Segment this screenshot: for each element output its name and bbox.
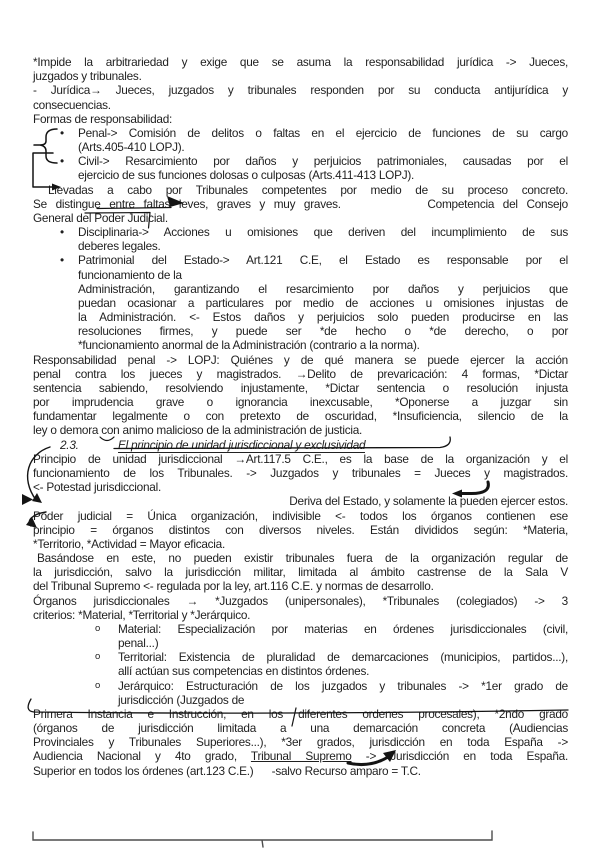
text-line: Órganos jurisdiccionales → *Juzgados (un…	[33, 594, 568, 608]
line-text: penal...)	[33, 636, 568, 650]
line-text: <- Potestad jurisdiccional.	[33, 480, 568, 494]
line-text: Territorial: Existencia de pluralidad de…	[33, 650, 568, 664]
text-line: Primera Instancia e Instrucción, en los …	[33, 707, 568, 721]
line-text: juzgados y tribunales.	[33, 69, 568, 83]
line-text: Poder judicial = Única organización, ind…	[33, 509, 568, 523]
line-text: *funcionamiento anormal de la Administra…	[33, 338, 568, 352]
text-line: penal contra los jueces y magistrados. →…	[33, 367, 568, 381]
line-text: deberes legales.	[33, 239, 568, 253]
text-line: (Arts.405-410 LOPJ).	[33, 140, 568, 154]
underlined-term: Tribunal Supremo	[251, 749, 352, 763]
line-text: - Jurídica→ Jueces, juzgados y tribunale…	[33, 83, 568, 97]
line-text: Llevadas a cabo por Tribunales competent…	[33, 183, 568, 197]
line-text: allí actúan sus competencias en distinto…	[33, 664, 568, 678]
text-line: <- Potestad jurisdiccional.	[33, 480, 568, 494]
bullet-line: oTerritorial: Existencia de pluralidad d…	[33, 650, 568, 664]
bullet-line: •Penal-> Comisión de delitos o faltas en…	[33, 126, 568, 140]
text-line: sentencia sabiendo, resolviendo injustam…	[33, 381, 568, 395]
document-text: *Impide la arbitrariedad y exige que se …	[33, 55, 568, 778]
pen-arrowhead-deriva-icon	[22, 494, 33, 505]
text-line: del Tribunal Supremo <- regulada por la …	[33, 579, 568, 593]
text-line: consecuencias.	[33, 98, 568, 112]
line-text: (Arts.405-410 LOPJ).	[33, 140, 568, 154]
text-line: la jurisdicción, salvo la jurisdicción m…	[33, 565, 568, 579]
line-text: ley o demora con animo malicioso de la a…	[33, 423, 568, 437]
line-text: *Territorio, *Actividad = Mayor eficacia…	[33, 537, 568, 551]
text-line: *funcionamiento anormal de la Administra…	[33, 338, 568, 352]
line-text: Órganos jurisdiccionales → *Juzgados (un…	[33, 594, 568, 608]
text-line: General del Poder Judicial.	[33, 211, 568, 225]
text-line: Basándose en este, no pueden existir tri…	[33, 551, 568, 565]
bullet-dot-icon: •	[60, 225, 64, 239]
text-line: Principio de unidad jurisdiccional →Art.…	[33, 452, 568, 466]
bullet-dot-icon: •	[60, 126, 64, 140]
line-text: Administración, garantizando el resarcim…	[33, 282, 568, 296]
text-line: funcionamiento de los Tribunales. -> Juz…	[33, 466, 568, 480]
line-text: Provinciales y Tribunales Superiores...)…	[33, 735, 568, 749]
text-line: resoluciones firmes, y puede ser *de hec…	[33, 324, 568, 338]
line-text: Deriva del Estado, y solamente la pueden…	[33, 494, 568, 508]
line-text: principio = órganos distintos con divers…	[33, 523, 568, 537]
line-text: Primera Instancia e Instrucción, en los …	[33, 707, 568, 721]
line-text: jurisdicción (Juzgados de	[33, 693, 568, 707]
text-line: principio = órganos distintos con divers…	[33, 523, 568, 537]
text-line: Responsabilidad penal -> LOPJ: Quiénes y…	[33, 353, 568, 367]
bottom-measure-bracket-icon	[33, 831, 492, 847]
text-line: puedan ocasionar a particulares por medi…	[33, 296, 568, 310]
line-text: Principio de unidad jurisdiccional →Art.…	[33, 452, 568, 466]
text-line: jurisdicción (Juzgados de	[33, 693, 568, 707]
text-line: Se distingue entre faltas leves, graves …	[33, 197, 568, 211]
bullet-line: oJerárquico: Estructuración de los juzga…	[33, 679, 568, 693]
text-line: Deriva del Estado, y solamente la pueden…	[33, 494, 568, 508]
text-line: Superior en todos los órdenes (art.123 C…	[33, 764, 568, 778]
section-number: 2.3.	[60, 438, 79, 452]
line-text: funcionamiento de la	[33, 268, 568, 282]
line-text: fundamentar legalmente o con pretexto de…	[33, 409, 568, 423]
line-text: resoluciones firmes, y puede ser *de hec…	[33, 324, 568, 338]
text-line: penal...)	[33, 636, 568, 650]
section-heading: 2.3.El principio de unidad jurisdicciona…	[33, 438, 568, 452]
bullet-circle-icon: o	[95, 622, 100, 636]
line-text: criterios: *Material, *Territorial y *Je…	[33, 608, 568, 622]
text-line: ejercicio de sus funciones dolosas o cul…	[33, 168, 568, 182]
line-text: *Impide la arbitrariedad y exige que se …	[33, 55, 568, 69]
line-text: General del Poder Judicial.	[33, 211, 568, 225]
text-line: Audiencia Nacional y 4to grado, Tribunal…	[33, 749, 568, 763]
line-text: Civil-> Resarcimiento por daños y perjui…	[33, 154, 568, 168]
text-line: ley o demora con animo malicioso de la a…	[33, 423, 568, 437]
line-text: consecuencias.	[33, 98, 568, 112]
text-line: funcionamiento de la	[33, 268, 568, 282]
line-text: Formas de responsabilidad:	[33, 112, 568, 126]
text-line: Llevadas a cabo por Tribunales competent…	[33, 183, 568, 197]
text-line: *Impide la arbitrariedad y exige que se …	[33, 55, 568, 69]
text-line: juzgados y tribunales.	[33, 69, 568, 83]
line-text-pre: Audiencia Nacional y 4to grado,	[33, 749, 251, 763]
line-text: Material: Especialización por materias e…	[33, 622, 568, 636]
text-line: criterios: *Material, *Territorial y *Je…	[33, 608, 568, 622]
bullet-line: •Patrimonial del Estado-> Art.121 C.E, e…	[33, 253, 568, 267]
text-line: - Jurídica→ Jueces, juzgados y tribunale…	[33, 83, 568, 97]
line-text: la jurisdicción, salvo la jurisdicción m…	[33, 565, 568, 579]
text-line: por imprudencia grave o ignorancia inexc…	[33, 395, 568, 409]
line-text: Se distingue entre faltas leves, graves …	[33, 197, 568, 211]
line-text: sentencia sabiendo, resolviendo injustam…	[33, 381, 568, 395]
text-line: *Territorio, *Actividad = Mayor eficacia…	[33, 537, 568, 551]
bullet-line: oMaterial: Especialización por materias …	[33, 622, 568, 636]
line-text: del Tribunal Supremo <- regulada por la …	[33, 579, 568, 593]
line-text: funcionamiento de los Tribunales. -> Juz…	[33, 466, 568, 480]
text-line: Poder judicial = Única organización, ind…	[33, 509, 568, 523]
text-line: Formas de responsabilidad:	[33, 112, 568, 126]
line-text: Responsabilidad penal -> LOPJ: Quiénes y…	[33, 353, 568, 367]
line-text: (órganos de jurisdicción limitada a una …	[33, 721, 568, 735]
bullet-circle-icon: o	[95, 679, 100, 693]
line-text-post: -> Jurisdicción en toda España.	[352, 749, 568, 763]
line-text: ejercicio de sus funciones dolosas o cul…	[33, 168, 568, 182]
line-text: la Administración. <- Estos daños y perj…	[33, 310, 568, 324]
text-line: allí actúan sus competencias en distinto…	[33, 664, 568, 678]
bullet-line: •Disciplinaria-> Acciones u omisiones qu…	[33, 225, 568, 239]
line-text: Basándose en este, no pueden existir tri…	[33, 551, 568, 565]
text-line: Provinciales y Tribunales Superiores...)…	[33, 735, 568, 749]
line-text: Superior en todos los órdenes (art.123 C…	[33, 764, 568, 778]
bullet-line: •Civil-> Resarcimiento por daños y perju…	[33, 154, 568, 168]
text-line: deberes legales.	[33, 239, 568, 253]
line-text: Jerárquico: Estructuración de los juzgad…	[33, 679, 568, 693]
line-text: Patrimonial del Estado-> Art.121 C.E, el…	[33, 253, 568, 267]
bullet-circle-icon: o	[95, 650, 100, 664]
bullet-dot-icon: •	[60, 253, 64, 267]
line-text: Disciplinaria-> Acciones u omisiones que…	[33, 225, 568, 239]
text-line: (órganos de jurisdicción limitada a una …	[33, 721, 568, 735]
line-text: puedan ocasionar a particulares por medi…	[33, 296, 568, 310]
line-text: penal contra los jueces y magistrados. →…	[33, 367, 568, 381]
line-text: Audiencia Nacional y 4to grado, Tribunal…	[33, 749, 568, 763]
document-page: *Impide la arbitrariedad y exige que se …	[0, 0, 599, 848]
section-title: El principio de unidad jurisdiccional y …	[118, 438, 365, 453]
bullet-dot-icon: •	[60, 154, 64, 168]
line-text: por imprudencia grave o ignorancia inexc…	[33, 395, 568, 409]
text-line: Administración, garantizando el resarcim…	[33, 282, 568, 296]
text-line: fundamentar legalmente o con pretexto de…	[33, 409, 568, 423]
text-line: la Administración. <- Estos daños y perj…	[33, 310, 568, 324]
line-text: Penal-> Comisión de delitos o faltas en …	[33, 126, 568, 140]
